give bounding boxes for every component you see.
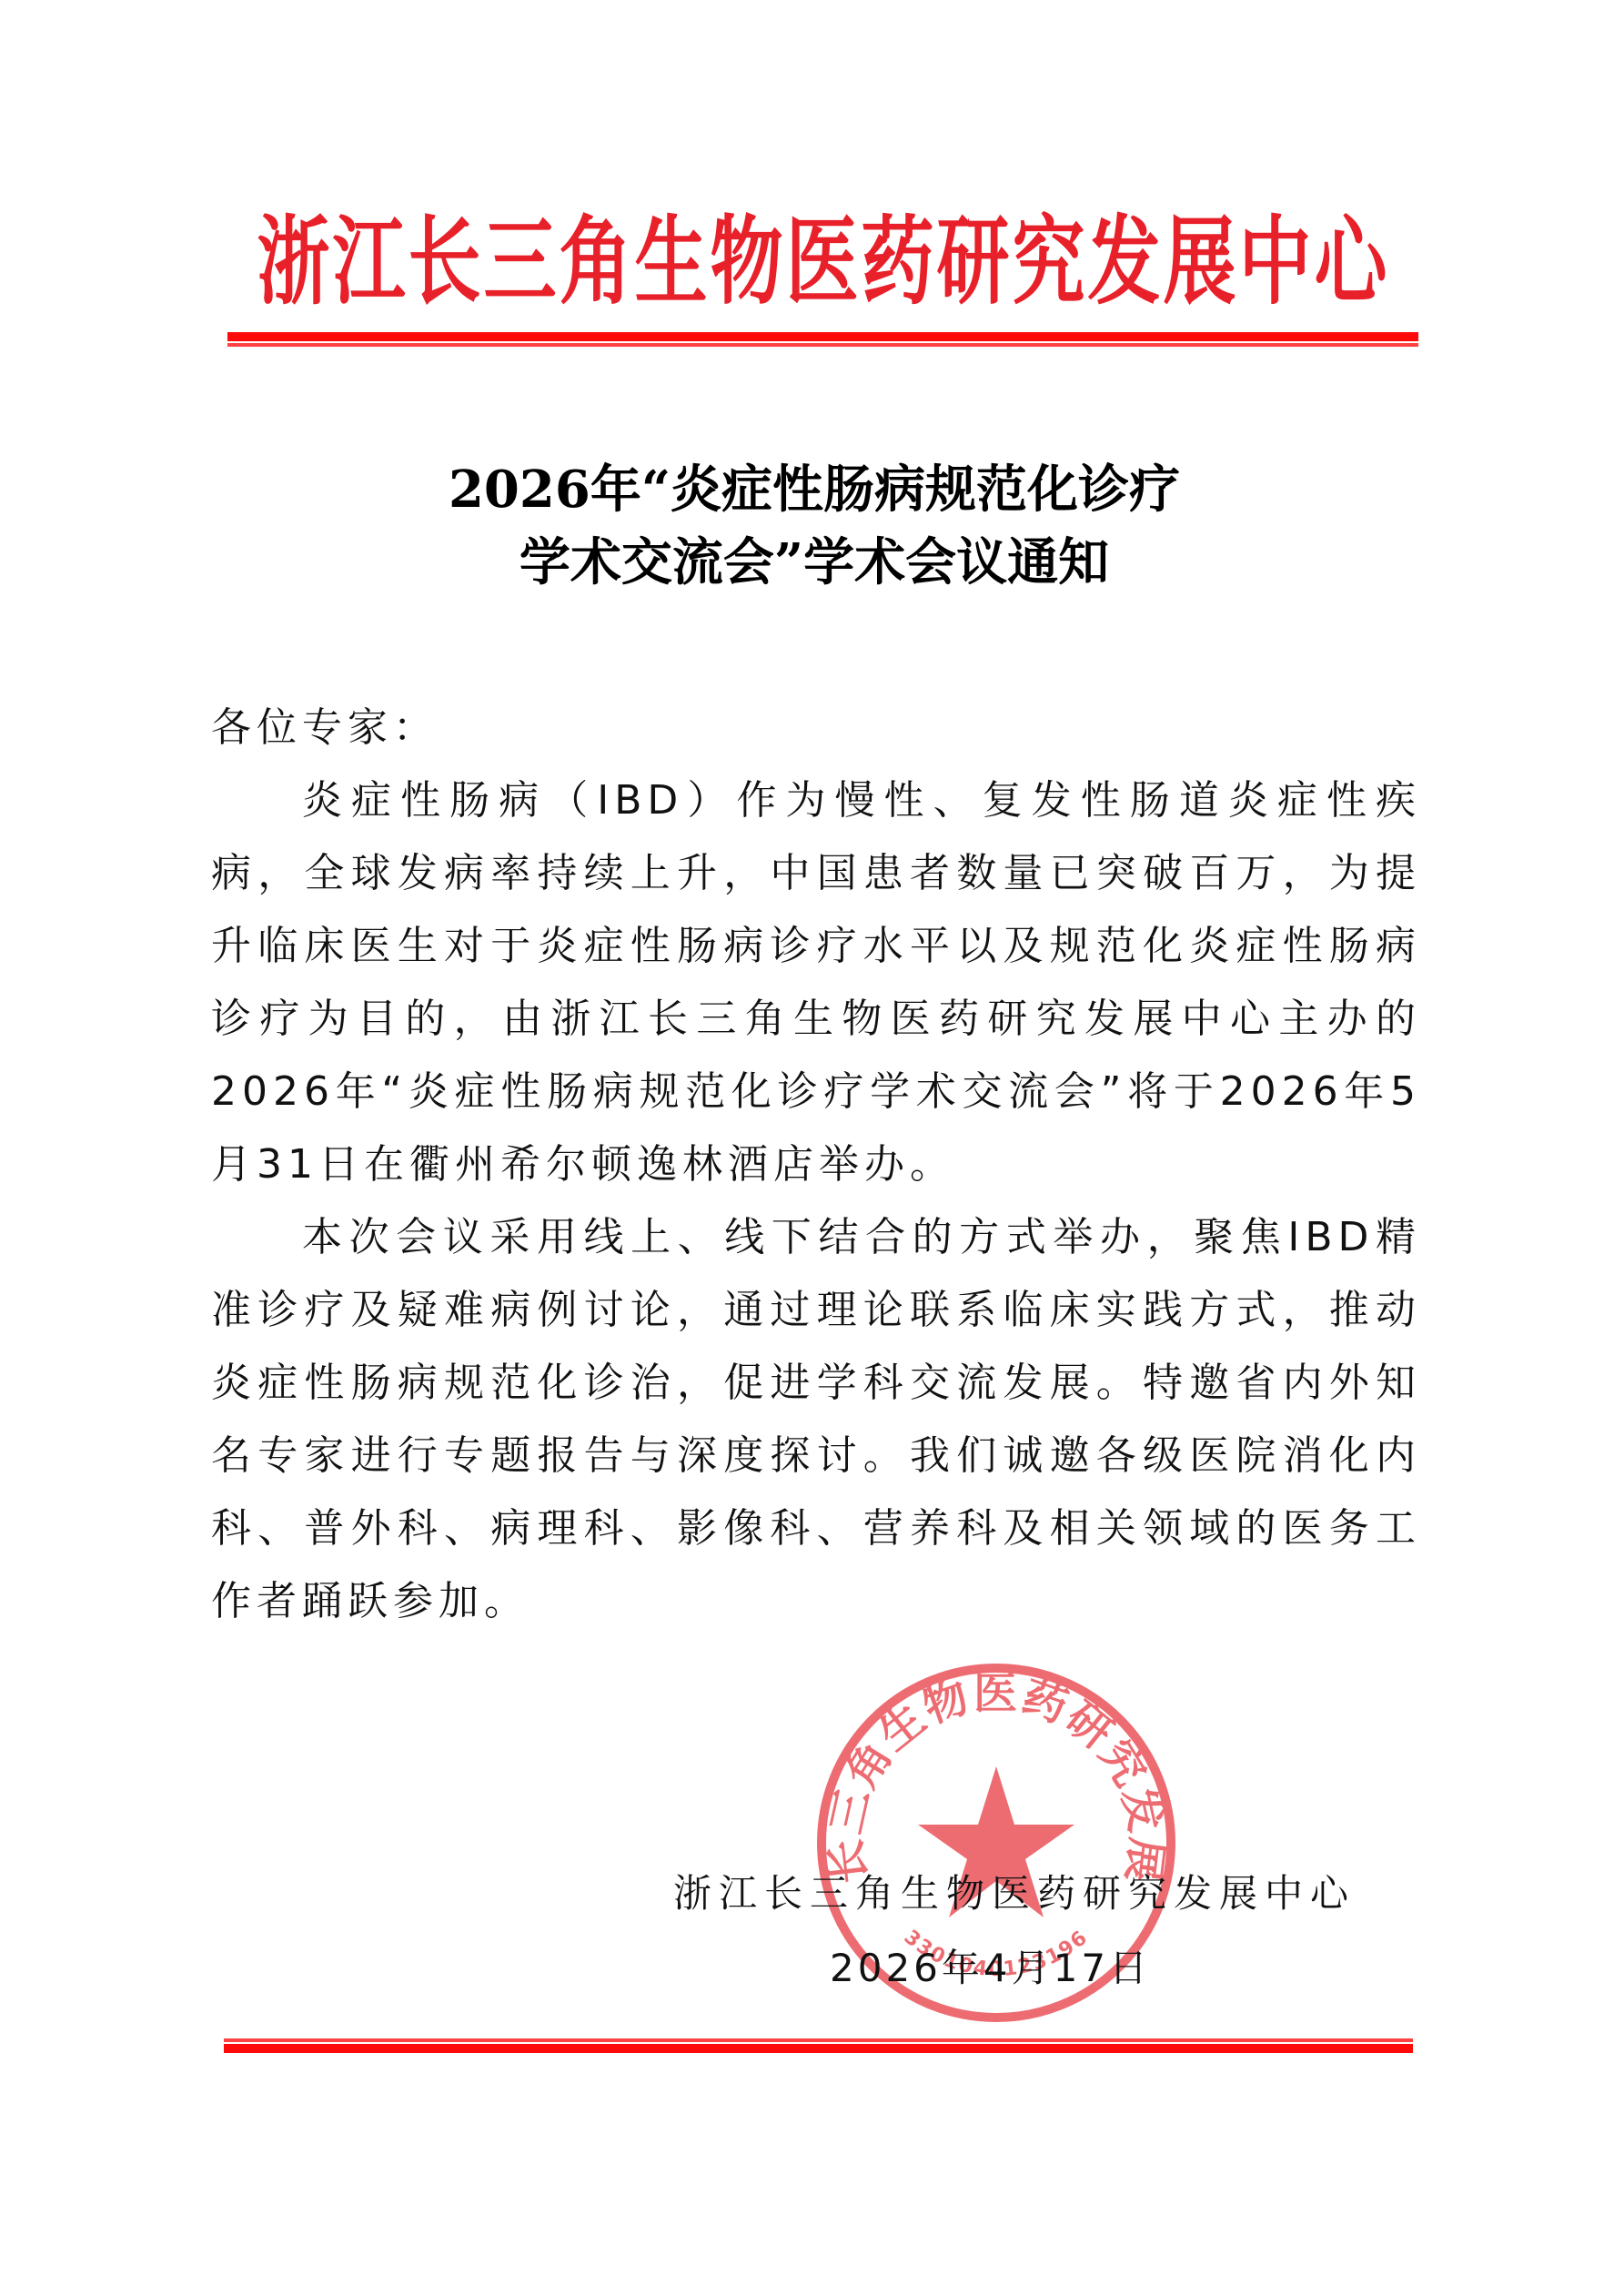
- divider-thick-line: [224, 2044, 1413, 2053]
- letterhead-organization: 浙江长三角生物医药研究发展中心: [246, 183, 1401, 339]
- notice-title: 2026年“炎症性肠病规范化诊疗 学术交流会”学术会议通知: [273, 453, 1356, 599]
- notice-title-line-1: 2026年“炎症性肠病规范化诊疗: [273, 453, 1356, 526]
- document-page: 浙江长三角生物医药研究发展中心 2026年“炎症性肠病规范化诊疗 学术交流会”学…: [0, 0, 1624, 2296]
- notice-body: 各位专家： 炎症性肠病（IBD）作为慢性、复发性肠道炎症性疾病，全球发病率持续上…: [211, 692, 1421, 1638]
- salutation: 各位专家：: [211, 692, 1421, 764]
- paragraph-intro: 炎症性肠病（IBD）作为慢性、复发性肠道炎症性疾病，全球发病率持续上升，中国患者…: [211, 764, 1421, 1201]
- paragraph-details: 本次会议采用线上、线下结合的方式举办，聚焦IBD精准诊疗及疑难病例讨论，通过理论…: [211, 1201, 1421, 1638]
- divider-thin-line: [227, 343, 1418, 347]
- signature-date: 2026年4月17日: [673, 1931, 1365, 2006]
- divider-thin-line: [224, 2038, 1413, 2042]
- signature-organization: 浙江长三角生物医药研究发展中心: [673, 1856, 1365, 1931]
- footer-divider: [224, 2038, 1413, 2053]
- divider-thick-line: [227, 332, 1418, 341]
- notice-title-line-2: 学术交流会”学术会议通知: [273, 526, 1356, 599]
- letterhead-divider: [227, 332, 1418, 348]
- signature-block: 浙江长三角生物医药研究发展中心 2026年4月17日: [673, 1856, 1365, 2006]
